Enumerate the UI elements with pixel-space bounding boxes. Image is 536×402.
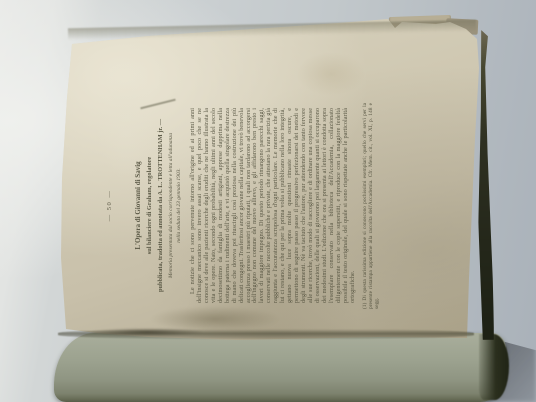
title-line-5: nella seduta del 23 gennaio 1903.	[176, 108, 182, 303]
book-cover-board	[54, 333, 506, 402]
gutter-dark-smudge	[92, 328, 202, 336]
footnote: (1) Di questa rarissima edizione si cono…	[362, 103, 380, 309]
page-number: — 50 —	[106, 108, 113, 303]
title-line-3: pubblicata, tradotta ed annotata da A. L…	[157, 108, 164, 303]
page-content-rotated: — 50 — L'Opera di Giovanni di Savig sul …	[74, 28, 474, 328]
title-line-4: Memoria presentata dal socio corrisponde…	[168, 108, 174, 303]
title-block: L'Opera di Giovanni di Savig sul bilanci…	[134, 108, 182, 303]
cover-dark-right-end	[479, 334, 509, 400]
book-photo: — 50 — L'Opera di Giovanni di Savig sul …	[0, 0, 536, 402]
title-line-1: L'Opera di Giovanni di Savig	[134, 108, 142, 303]
body-paragraph: Le notizie che ci sono pervenute intorno…	[190, 108, 357, 303]
title-line-2: sul bilanciere di Graham, regolatore	[146, 108, 153, 303]
page-inner: — 50 — L'Opera di Giovanni di Savig sul …	[74, 28, 474, 328]
